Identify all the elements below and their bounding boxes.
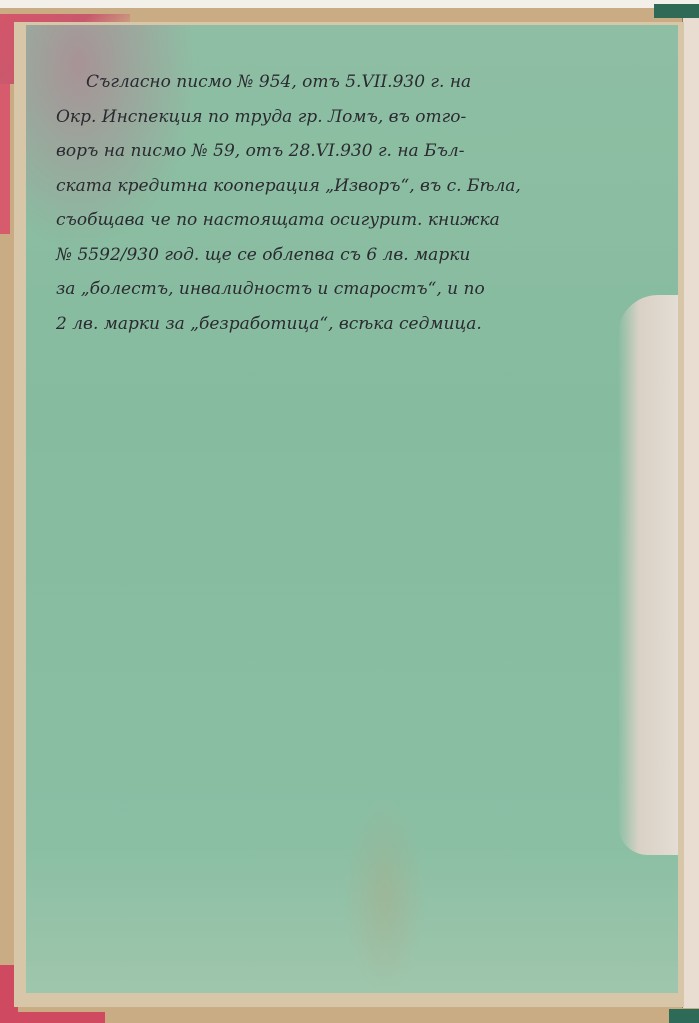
- text-line: воръ на писмо № 59, отъ 28.VI.930 г. на …: [56, 134, 646, 169]
- handwritten-text: Съгласно писмо № 954, отъ 5.VII.930 г. н…: [56, 65, 646, 341]
- text-line: съобщава че по настоящата осигурит. книж…: [56, 203, 646, 238]
- text-line: за „болестъ, инвалидностъ и старостъ“, и…: [56, 272, 646, 307]
- text-line: 2 лв. марки за „безработица“, всѣка седм…: [56, 307, 646, 342]
- red-corner-bottom-strip: [0, 1012, 105, 1023]
- green-corner-bottom-right: [669, 1009, 699, 1023]
- page-edge-right: [682, 18, 699, 1008]
- torn-paper-edge: [618, 295, 678, 855]
- text-line: Съгласно писмо № 954, отъ 5.VII.930 г. н…: [56, 65, 646, 100]
- text-line: Окр. Инспекция по труда гр. Ломъ, въ отг…: [56, 100, 646, 135]
- green-corner-top-right: [654, 4, 699, 18]
- text-line: № 5592/930 год. ще се облепва съ 6 лв. м…: [56, 238, 646, 273]
- text-line: ската кредитна кооперация „Изворъ“, въ с…: [56, 169, 646, 204]
